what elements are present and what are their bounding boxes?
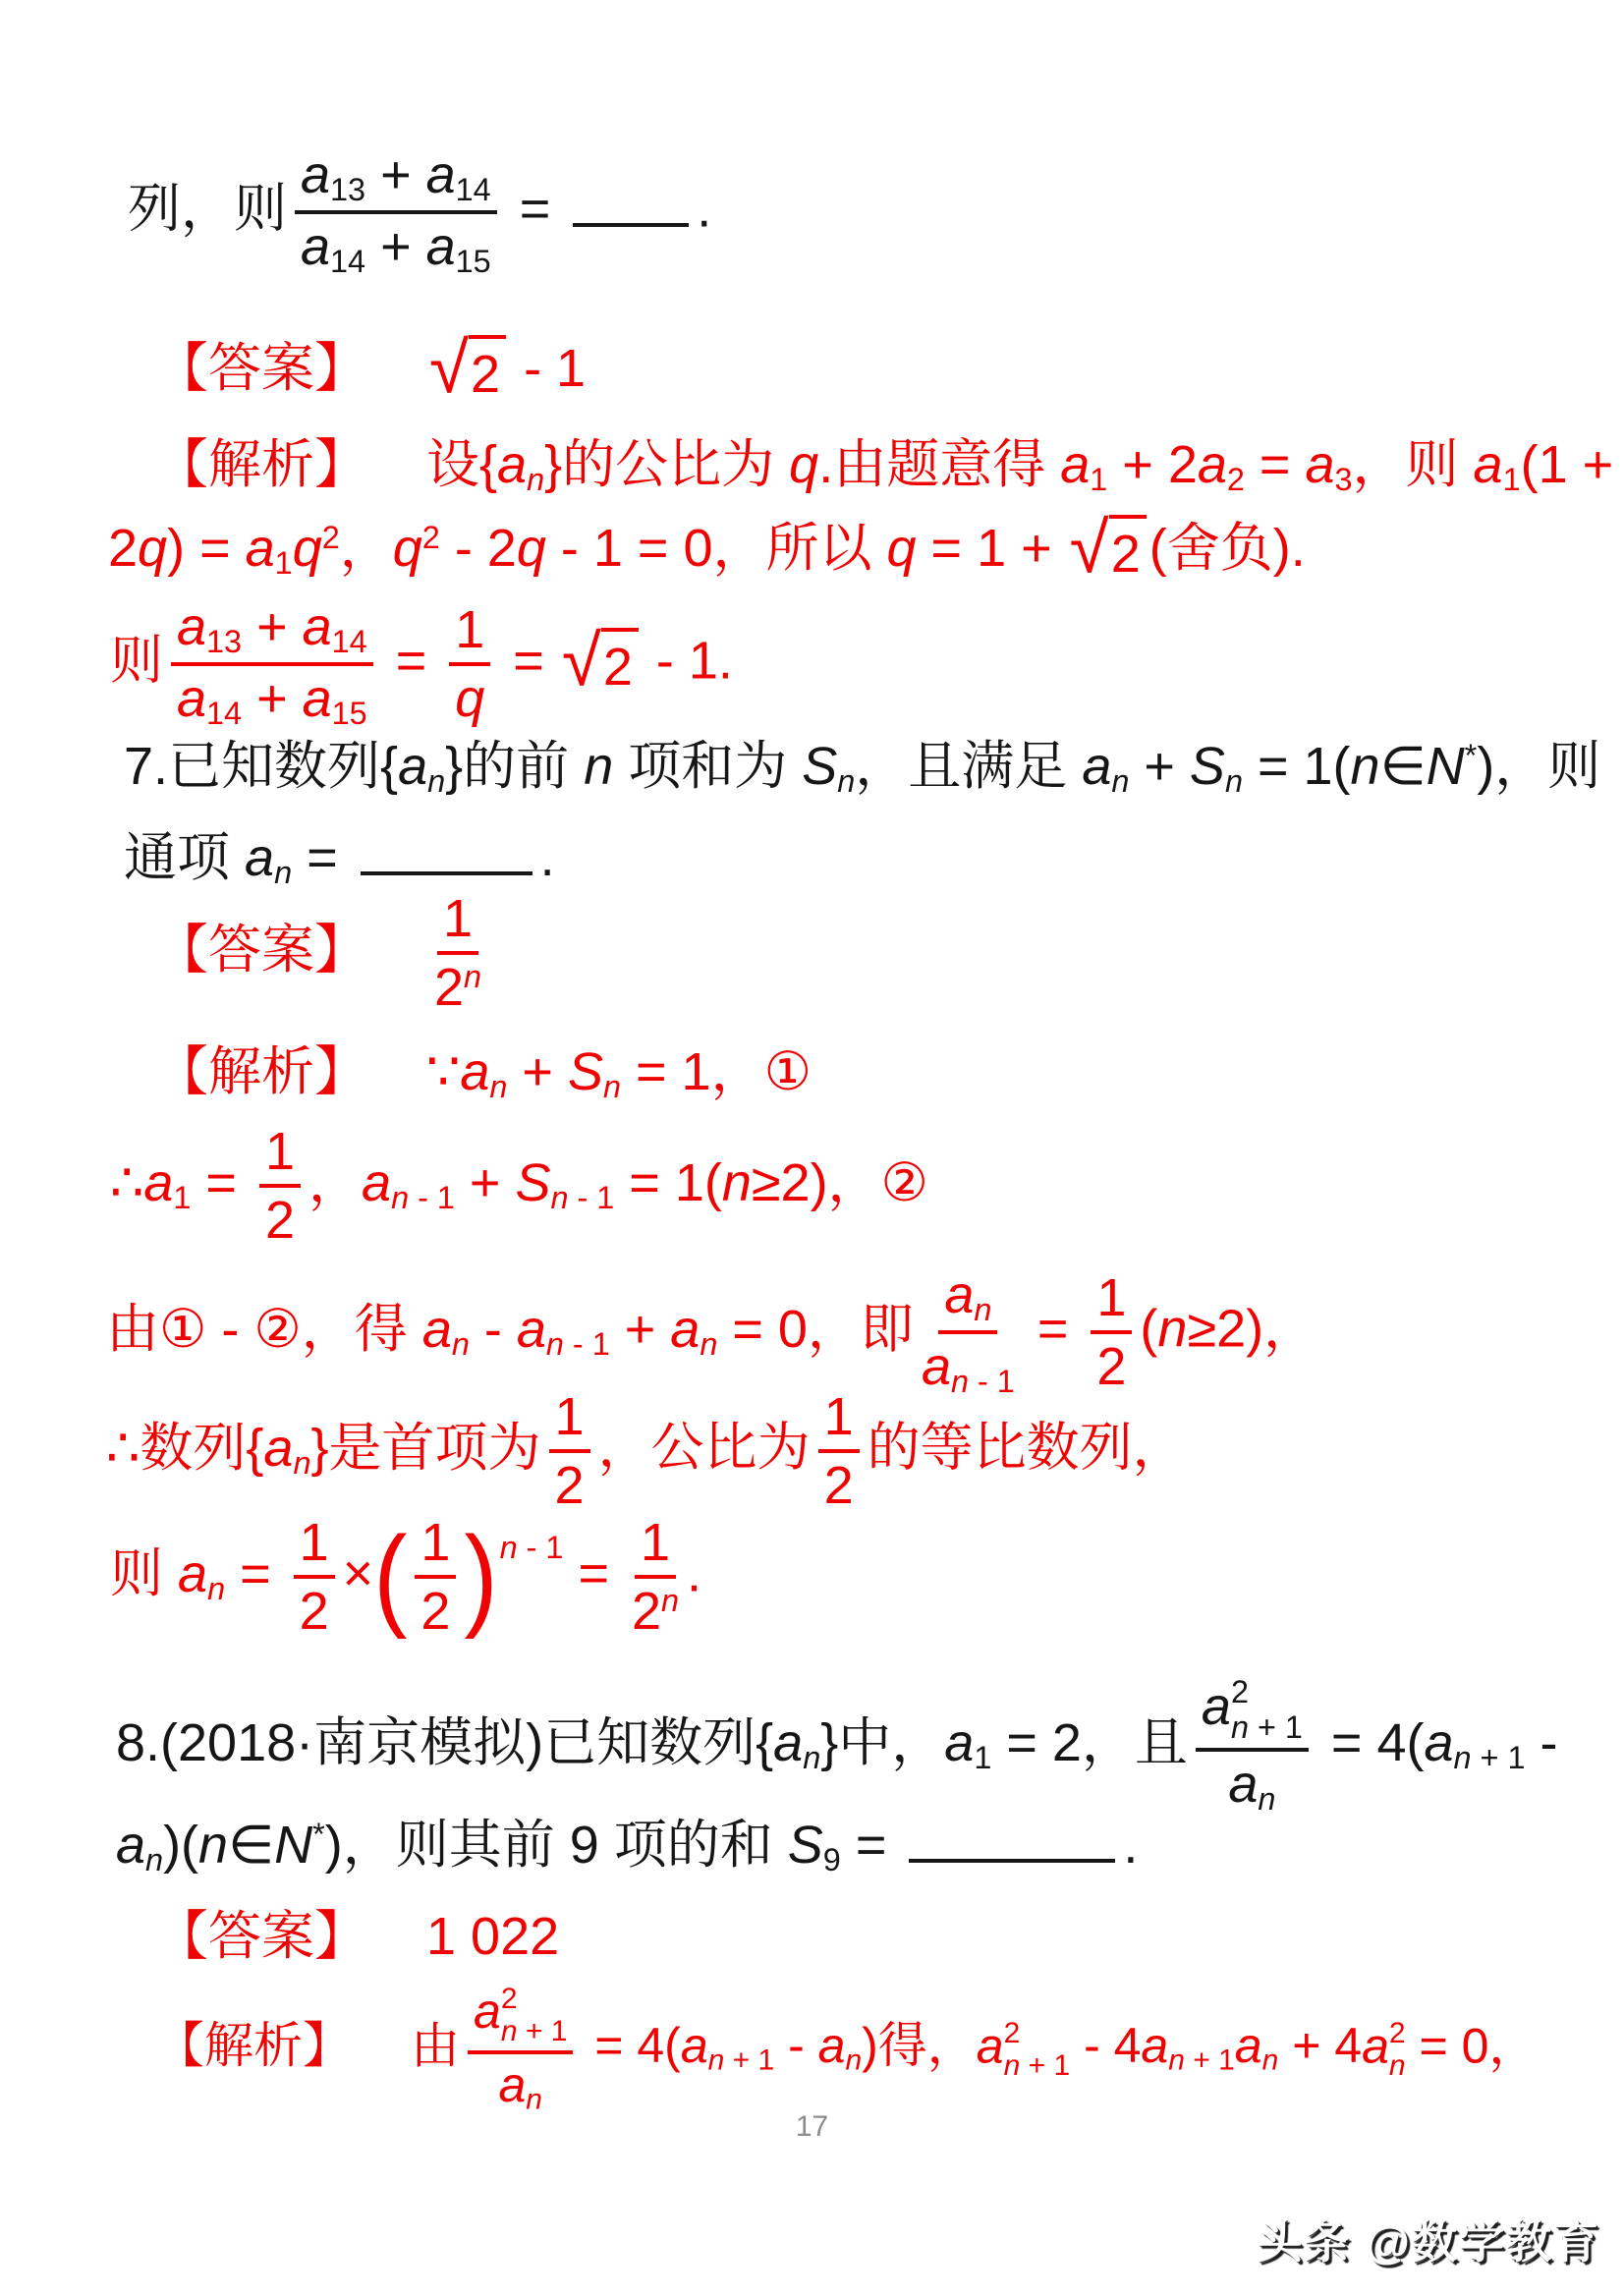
sup-sub-stack: 2n + 1 — [1004, 2017, 1071, 2082]
text-run: 则 — [110, 632, 163, 691]
fraction: 12n — [632, 1513, 679, 1642]
text-run: ∴数列{an}是首项为 — [106, 1419, 541, 1478]
fraction-denominator: q — [455, 666, 484, 728]
answer-label: 【答案】 — [155, 339, 367, 398]
sqrt-radical: √2 — [562, 628, 639, 701]
text-run: - 1. — [642, 632, 733, 691]
text-run: . — [697, 180, 711, 239]
answer-blank — [361, 830, 532, 875]
fraction: 12 — [1091, 1268, 1132, 1397]
fraction: anan - 1 — [922, 1265, 1015, 1400]
fraction-numerator: 1 — [449, 600, 490, 666]
p6-stem-line: 列，则a13 + a14a14 + a15 = . — [128, 145, 711, 280]
text-run: 则 an = — [110, 1544, 286, 1603]
answer-value: 1 022 — [426, 1907, 559, 1966]
superscript: 2 — [1004, 2017, 1021, 2049]
superscript: 2 — [1389, 2017, 1406, 2049]
text-run: = — [498, 632, 559, 691]
watermark: 头条 @数学教育 — [1257, 2207, 1600, 2271]
answer-label: 【答案】 — [155, 921, 367, 980]
text-run: ，公比为 — [598, 1419, 811, 1478]
p7-analysis-line-4: ∴数列{an}是首项为12，公比为12的等比数列， — [106, 1387, 1186, 1516]
fraction-denominator: 2 — [824, 1453, 854, 1515]
variable: a — [474, 1984, 501, 2039]
fraction-denominator: 2 — [420, 1579, 450, 1641]
left-parenthesis: ( — [373, 1521, 407, 1634]
p8-answer-line: 【答案】1 022 — [155, 1902, 559, 1971]
fraction: 1q — [449, 600, 490, 729]
p7-analysis-line-3: 由① - ②，得 an - an - 1 + an = 0，即anan - 1 … — [106, 1265, 1316, 1400]
fraction-denominator: 2n — [632, 1579, 679, 1641]
fraction-numerator: 1 — [635, 1513, 676, 1579]
text-run: = — [563, 1544, 624, 1603]
subscript: n — [1389, 2049, 1406, 2082]
p7-analysis-line-5: 则 an = 12×(12)n - 1 = 12n. — [110, 1513, 701, 1642]
text-run: 8.(2018·南京模拟)已知数列{an}中，a1 = 2，且 — [116, 1713, 1188, 1772]
text-run: = 4(an + 1 - — [1316, 1713, 1558, 1772]
text-run: = — [1023, 1300, 1084, 1359]
variable: a — [1362, 2018, 1389, 2073]
fraction: 12n — [434, 889, 481, 1018]
fraction: 12 — [294, 1513, 335, 1642]
fraction-numerator: a13 + a14 — [295, 145, 497, 214]
sup-sub-stack: 2n + 1 — [1231, 1675, 1303, 1745]
text-run: - 1 — [509, 339, 586, 398]
fraction-denominator: 2 — [555, 1453, 585, 1515]
fraction: a13 + a14a14 + a15 — [171, 597, 373, 732]
p6-analysis-line-3: 则a13 + a14a14 + a15 = 1q = √2 - 1. — [110, 597, 733, 732]
text-run: (n≥2)， — [1140, 1300, 1316, 1359]
subscript: n + 1 — [501, 2015, 568, 2047]
radicand: 2 — [601, 628, 639, 701]
text-run: 2q) = a1q2，q2 - 2q - 1 = 0，所以 q = 1 + — [108, 519, 1067, 578]
variable: a — [1202, 1677, 1231, 1736]
sup-sub-stack: 2n — [1389, 2017, 1406, 2082]
fraction-denominator: 2 — [300, 1579, 329, 1641]
text-run: - 4an + 1an + 4 — [1070, 2018, 1362, 2073]
fraction: 12 — [259, 1122, 301, 1251]
sqrt-radical: √2 — [429, 335, 506, 409]
subscript: n + 1 — [1004, 2049, 1071, 2082]
analysis-label: 【解析】 — [155, 435, 367, 494]
text-run: 由① - ②，得 an - an - 1 + an = 0，即 — [106, 1300, 914, 1359]
text-run: = — [381, 632, 442, 691]
fraction-denominator: an — [498, 2054, 542, 2116]
fraction-denominator: 2 — [265, 1188, 295, 1250]
text-run: = — [505, 180, 566, 239]
text-run: 列，则 — [128, 180, 287, 239]
p6-analysis-line-1: 【解析】设{an}的公比为 q.由题意得 a1 + 2a2 = a3，则 a1(… — [155, 430, 1613, 500]
radical-sign: √ — [1070, 517, 1109, 582]
fraction: 12 — [415, 1513, 456, 1642]
radical-sign: √ — [429, 337, 469, 402]
sqrt-radical: √2 — [1070, 515, 1147, 588]
p7-stem-line-1: 7.已知数列{an}的前 n 项和为 Sn，且满足 an + Sn = 1(n∈… — [124, 732, 1600, 802]
p8-analysis-line-1: 【解析】由a2n + 1an = 4(an + 1 - an)得，a2n + 1… — [155, 1983, 1538, 2116]
fraction-numerator: 1 — [1091, 1268, 1132, 1334]
fraction-denominator: a14 + a15 — [301, 214, 491, 279]
text-run: (舍负). — [1149, 519, 1306, 578]
fraction-numerator: 1 — [437, 889, 478, 955]
text-run: ∵an + Sn = 1，① — [426, 1042, 812, 1101]
fraction-denominator: a14 + a15 — [177, 666, 367, 731]
fraction-numerator: a2n + 1 — [1196, 1675, 1309, 1752]
text-run: = 4(an + 1 - an)得， — [581, 2018, 976, 2073]
fraction: a13 + a14a14 + a15 — [295, 145, 497, 280]
text-run: an)(n∈N*)，则其前 9 项的和 S9 = — [116, 1816, 901, 1875]
text-run: 通项 an = — [124, 828, 353, 887]
answer-label: 【答案】 — [155, 1907, 367, 1966]
fraction-denominator: an — [1228, 1752, 1275, 1817]
fraction-numerator: a13 + a14 — [171, 597, 373, 666]
page-number: 17 — [0, 2110, 1624, 2144]
fraction-numerator: an — [938, 1265, 997, 1334]
text-run: 7.已知数列{an}的前 n 项和为 Sn，且满足 an + Sn = 1(n∈… — [124, 737, 1600, 796]
fraction: a2n + 1an — [1196, 1675, 1309, 1818]
p8-stem-line-2: an)(n∈N*)，则其前 9 项的和 S9 = . — [116, 1811, 1138, 1880]
fraction-numerator: a2n + 1 — [468, 1983, 573, 2054]
radicand: 2 — [469, 335, 506, 409]
text-run: 的等比数列， — [868, 1419, 1186, 1478]
fraction-numerator: 1 — [818, 1387, 860, 1453]
fraction-denominator: 2n — [434, 955, 481, 1017]
subscript: n + 1 — [1231, 1710, 1303, 1746]
text-run: ∴a1 = — [110, 1153, 252, 1212]
analysis-label: 【解析】 — [155, 1042, 367, 1101]
fraction-numerator: 1 — [294, 1513, 335, 1579]
p8-stem-line-1: 8.(2018·南京模拟)已知数列{an}中，a1 = 2，且a2n + 1an… — [116, 1675, 1557, 1818]
p6-answer-line: 【答案】√2 - 1 — [155, 334, 586, 409]
right-parenthesis: ) — [464, 1521, 497, 1634]
fraction-numerator: 1 — [415, 1513, 456, 1579]
text-run: 由 — [411, 2018, 460, 2073]
exponent: n - 1 — [500, 1530, 564, 1565]
answer-blank — [909, 1818, 1115, 1863]
radical-sign: √ — [562, 629, 601, 694]
text-run: ，an - 1 + Sn - 1 = 1(n≥2)，② — [308, 1153, 928, 1212]
times-sign: × — [343, 1544, 374, 1603]
p7-answer-line: 【答案】12n — [155, 889, 489, 1018]
radicand: 2 — [1109, 515, 1147, 588]
fraction: 12 — [549, 1387, 590, 1516]
answer-blank — [573, 182, 689, 227]
text-run: = 0， — [1406, 2018, 1539, 2073]
superscript: 2 — [501, 1983, 518, 2015]
superscript: 2 — [1231, 1675, 1249, 1710]
p6-analysis-line-2: 2q) = a1q2，q2 - 2q - 1 = 0，所以 q = 1 + √2… — [108, 514, 1306, 588]
text-run: . — [540, 828, 555, 887]
fraction-numerator: 1 — [259, 1122, 301, 1188]
p7-stem-line-2: 通项 an = . — [124, 823, 555, 893]
analysis-label: 【解析】 — [155, 2018, 352, 2073]
text-run: . — [1123, 1816, 1138, 1875]
text-run: 设{an}的公比为 q.由题意得 a1 + 2a2 = a3，则 a1(1 + — [426, 435, 1613, 494]
text-run: . — [687, 1544, 701, 1603]
variable: a — [977, 2018, 1004, 2073]
p7-analysis-line-2: ∴a1 = 12，an - 1 + Sn - 1 = 1(n≥2)，② — [110, 1122, 928, 1251]
fraction-numerator: 1 — [549, 1387, 590, 1453]
sup-sub-stack: 2n + 1 — [501, 1983, 568, 2047]
fraction: a2n + 1an — [468, 1983, 573, 2116]
p7-analysis-line-1: 【解析】∵an + Sn = 1，① — [155, 1037, 812, 1107]
fraction: 12 — [818, 1387, 860, 1516]
